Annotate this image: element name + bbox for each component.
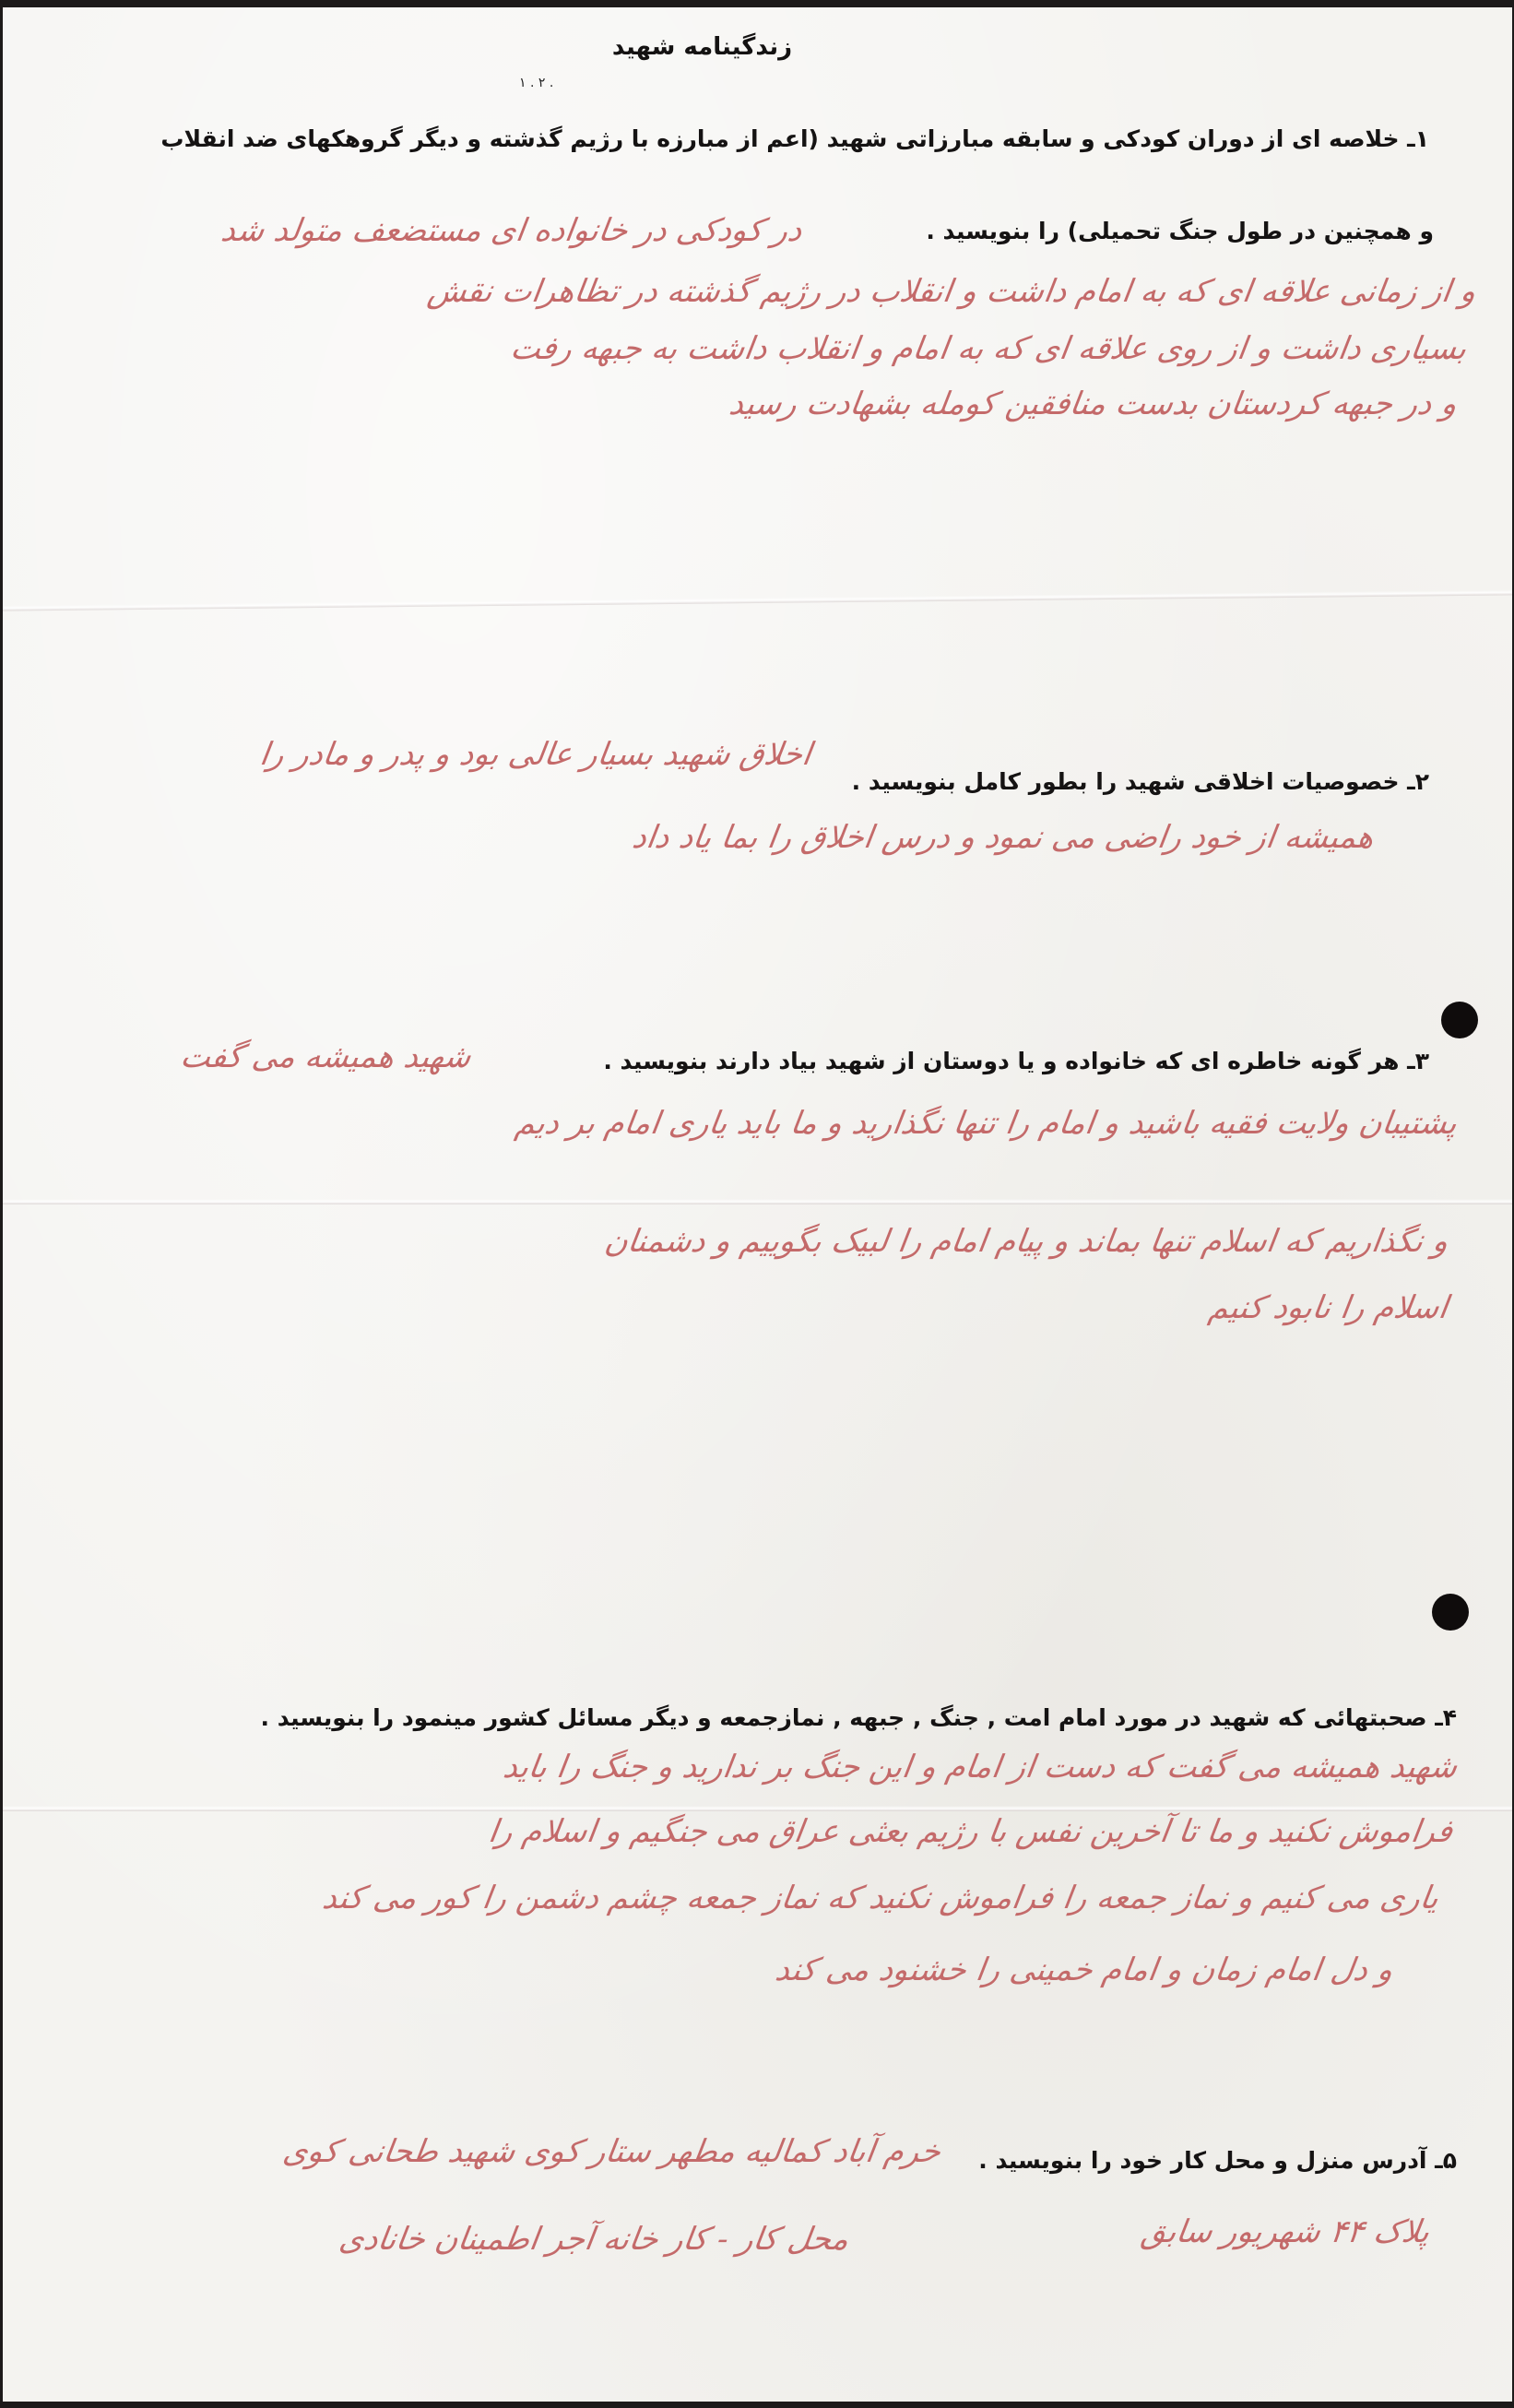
question-2-prompt: ۲ـ خصوصیات اخلاقی شهید را بطور کامل بنوی… (852, 768, 1429, 795)
paper-fold-line (3, 589, 1512, 611)
question-1-prompt: ۱ـ خلاصه ای از دوران کودکی و سابقه مبارز… (160, 125, 1429, 152)
question-4-prompt: ۴ـ صحبتهائی که شهید در مورد امام امت , ج… (261, 1704, 1457, 1731)
paper-fold-line (3, 1806, 1512, 1811)
question-5-prompt: ۵ـ آدرس منزل و محل کار خود را بنویسید . (978, 2147, 1457, 2174)
question-3-answer-line: و نگذاریم که اسلام تنها بماند و پیام اما… (602, 1223, 1450, 1260)
title-text: زندگینامه شهید (612, 33, 792, 61)
question-3-prompt: ۳ـ هر گونه خاطره ای که خانواده و یا دوست… (603, 1048, 1429, 1074)
question-1-prompt-cont: و همچنین در طول جنگ تحمیلی) را بنویسید . (926, 218, 1434, 244)
question-5-answer-line: پلاک ۴۴ شهریور سابق (1139, 2213, 1432, 2250)
question-1-answer-line: بسیاری داشت و از روی علاقه ای که به امام… (508, 330, 1469, 367)
question-4-answer-line: شهید همیشه می گفت که دست از امام و این ج… (501, 1749, 1460, 1785)
reference-number: ۱ . ۲ . (519, 76, 553, 90)
punch-hole (1432, 1594, 1469, 1631)
question-4-answer-line: و دل امام زمان و امام خمینی را خشنود می … (773, 1951, 1395, 1988)
question-3-answer-line: اسلام را نابود کنیم (1206, 1289, 1450, 1326)
question-5-answer-line: محل کار - کار خانه آجر اطمینان خانادی (337, 2221, 851, 2258)
question-4-answer-line: یاری می کنیم و نماز جمعه را فراموش نکنید… (320, 1880, 1441, 1916)
paper-fold-line (3, 1199, 1512, 1204)
question-2-answer-line: همیشه از خود راضی می نمود و درس اخلاق را… (630, 819, 1376, 856)
question-1-answer-line: در کودکی در خانواده ای مستضعف متولد شد (219, 212, 805, 249)
question-1-answer-line: و در جبهه کردستان بدست منافقین کومله بشه… (727, 386, 1459, 422)
document-page: زندگینامه شهید ۱ . ۲ . ۱ـ خلاصه ای از دو… (3, 7, 1512, 2402)
question-2-answer-line: اخلاق شهید بسیار عالی بود و پدر و مادر ر… (258, 736, 814, 773)
question-1-answer-line: و از زمانی علاقه ای که به امام داشت و ان… (425, 273, 1478, 310)
question-5-answer-line: خرم آباد کمالیه مطهر ستار کوی شهید طحانی… (280, 2133, 943, 2170)
document-title: زندگینامه شهید (3, 33, 1512, 61)
question-4-answer-line: فراموش نکنید و ما تا آخرین نفس با رژیم ب… (486, 1813, 1455, 1850)
question-3-answer-line: شهید همیشه می گفت (178, 1038, 473, 1075)
question-3-answer-line: پشتیبان ولایت فقیه باشید و امام را تنها … (513, 1105, 1460, 1142)
punch-hole (1441, 1002, 1478, 1038)
